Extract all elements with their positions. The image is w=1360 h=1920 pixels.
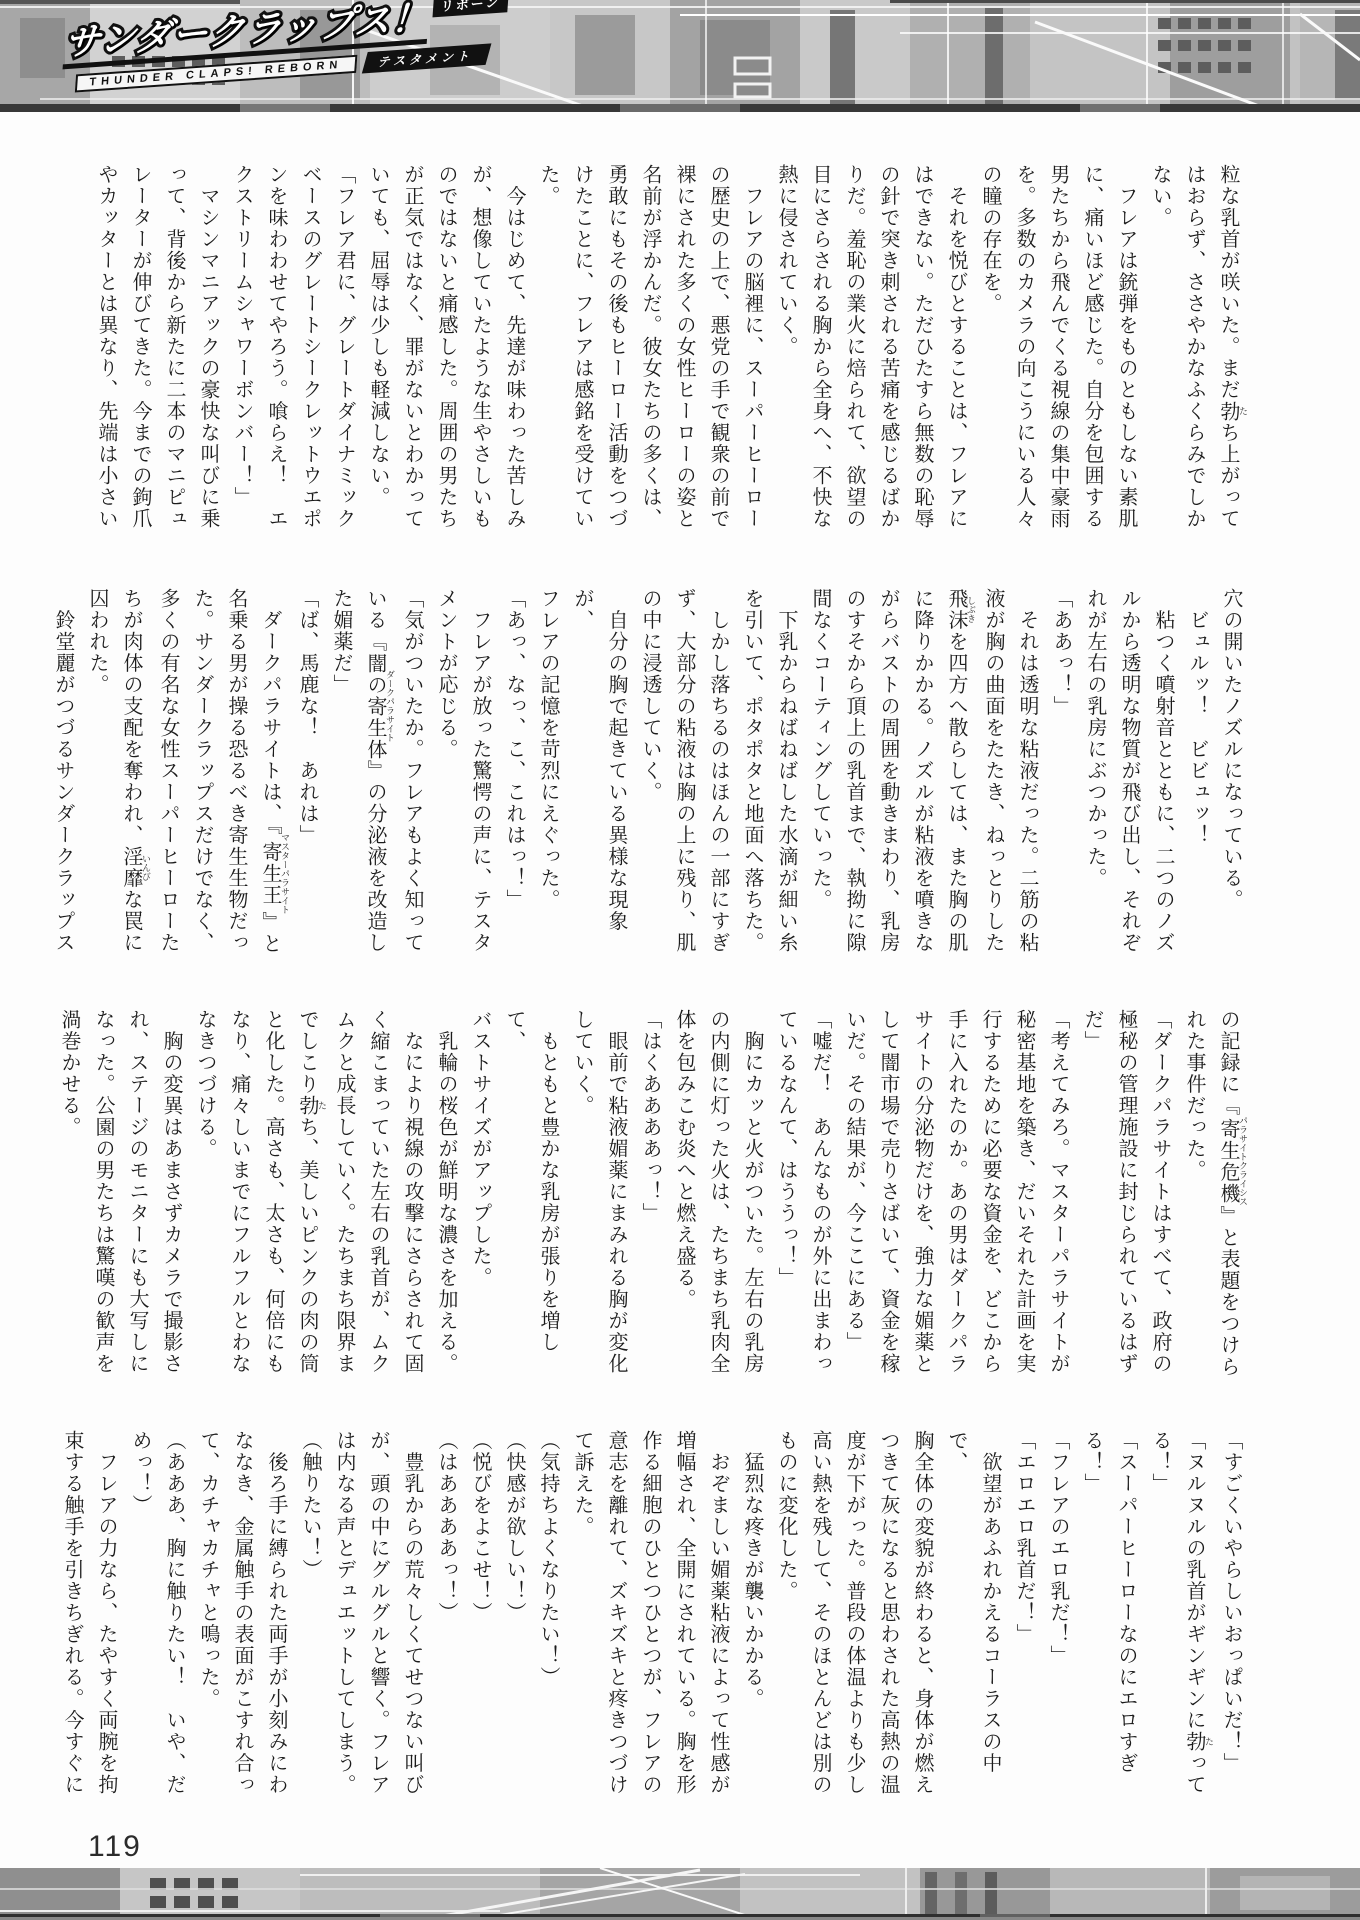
text-column: 間なくコーティングしていった。	[803, 588, 837, 964]
text-column: 「考えてみろ。マスターパラサイトが	[1041, 1009, 1075, 1385]
text-column: た。	[531, 164, 565, 540]
text-column: 「嘘だ！ あんなものが外に出まわっ	[803, 1009, 837, 1385]
text-column: おぞましい媚薬粘液によって性感が	[701, 1430, 735, 1806]
text-column: 増幅され、全開にされている。胸を形	[667, 1430, 701, 1806]
text-column: 裸にされた多くの女性ヒーローの姿と	[667, 164, 701, 540]
text-column: の記録に『寄生危機パラサイトクライシス』と表題をつけら	[1211, 1009, 1248, 1385]
footer-deco-band	[0, 1868, 1360, 1920]
text-column: の瞳の存在を。	[973, 164, 1007, 540]
text-column: それは透明な粘液だった。二筋の粘	[1010, 588, 1044, 964]
text-column: れた事件だった。	[1177, 1009, 1211, 1385]
text-column: めっ！）	[123, 1430, 157, 1806]
text-column: メントが応じる。	[429, 588, 463, 964]
text-column: 胸全体の変貌が終わると、身体が燃え	[905, 1430, 939, 1806]
text-column: なきつづける。	[188, 1009, 222, 1385]
text-column: でしこり勃たち、美しいピンクの肉の筒	[290, 1009, 327, 1385]
text-column: フレアの脳裡に、スーパーヒーロー	[735, 164, 769, 540]
text-column: 体を包みこむ炎へと燃え盛る。	[667, 1009, 701, 1385]
logo-reborn-badge: リボーン	[432, 0, 509, 17]
text-column: と化した。高さも、太さも、何倍にも	[256, 1009, 290, 1385]
text-column: なにより視線の攻撃にさらされて固	[395, 1009, 429, 1385]
text-column: 胸にカッと火がついた。左右の乳房	[735, 1009, 769, 1385]
text-column: 名前が浮かんだ。彼女たちの多くは、	[633, 164, 667, 540]
text-column: 極秘の管理施設に封じられているはず	[1109, 1009, 1143, 1385]
text-column: れが左右の乳房にぶつかった。	[1078, 588, 1112, 964]
text-column: フレアの記憶を苛烈にえぐった。	[531, 588, 565, 964]
text-column: はできない。ただひたすら無数の恥辱	[905, 164, 939, 540]
text-column: ものに変化した。	[769, 1430, 803, 1806]
text-column: る！」	[1075, 1430, 1109, 1806]
text-column: バストサイズがアップした。	[463, 1009, 497, 1385]
text-column: の歴史の上で、悪党の手で観衆の前で	[701, 164, 735, 540]
text-column: 度が下がった。普段の体温よりも少し	[837, 1430, 871, 1806]
text-column: て訴えた。	[565, 1430, 599, 1806]
text-column: つきて灰になると思わされた高熱の温	[871, 1430, 905, 1806]
text-column: のではないと痛感した。周囲の男たち	[429, 164, 463, 540]
text-column: りだ。羞恥の業火に焙られて、欲望の	[837, 164, 871, 540]
text-column: 「ああっ！」	[1044, 588, 1078, 964]
text-column: 「ば、馬鹿な！ あれは」	[290, 588, 324, 964]
text-column: 鈴堂麗がつづるサンダークラップス	[46, 588, 80, 964]
text-column: 眼前で粘液媚薬にまみれる胸が変化	[599, 1009, 633, 1385]
text-column: （あああ、胸に触りたい！ いや、だ	[157, 1430, 191, 1806]
text-column: 「スーパーヒーローなのにエロすぎ	[1109, 1430, 1143, 1806]
text-column: いる『闇の寄生体ダークパラサイト』の分泌液を改造し	[358, 588, 395, 964]
text-column: （はああああっ！）	[429, 1430, 463, 1806]
text-column: 穴の開いたノズルになっている。	[1214, 588, 1248, 964]
text-column: （気持ちよくなりたい！）	[531, 1430, 565, 1806]
text-column: 欲望があふれかえるコーラスの中で、	[939, 1430, 1007, 1806]
text-column: はおらず、ささやかなふくらみでしか	[1177, 164, 1211, 540]
text-column: ンを味わわせてやろう。喰らえ！ エ	[259, 164, 293, 540]
text-column: だ」	[1075, 1009, 1109, 1385]
text-column: 手に入れたのか。あの男はダークパラ	[939, 1009, 973, 1385]
text-column: は内なる声とデュエットしてしまう。	[327, 1430, 361, 1806]
text-column: （悦びをよこせ！）	[463, 1430, 497, 1806]
text-column: 意志を離れて、ズキズキと疼きつづけ	[599, 1430, 633, 1806]
text-column: クストリームシャワーボンバー！」	[225, 164, 259, 540]
text-column: に降りかかる。ノズルが粘液を噴きな	[905, 588, 939, 964]
text-column: 高い熱を残して、そのほとんどは別の	[803, 1430, 837, 1806]
text-column: して闇市場で売りさばいて、資金を稼	[871, 1009, 905, 1385]
text-column: フレアが放った驚愕の声に、テスタ	[463, 588, 497, 964]
text-column: 粒な乳首が咲いた。まだ勃たち上がって	[1211, 164, 1248, 540]
text-column: を引いて、ポタポタと地面へ落ちた。	[735, 588, 769, 964]
text-column: （快感が欲しい！）	[497, 1430, 531, 1806]
text-band-3: の記録に『寄生危機パラサイトクライシス』と表題をつけられた事件だった。「ダークパ…	[52, 1009, 1248, 1385]
text-column: 「気がついたか。フレアもよく知って	[395, 588, 429, 964]
text-column: ない。	[1143, 164, 1177, 540]
text-column: （触りたい！）	[293, 1430, 327, 1806]
text-column: していく。	[565, 1009, 599, 1385]
text-column: 目にさらされる胸から全身へ、不快な	[803, 164, 837, 540]
text-column: 渦巻かせる。	[52, 1009, 86, 1385]
text-column: なった。公園の男たちは驚嘆の歓声を	[86, 1009, 120, 1385]
text-column: 勇敢にもその後もヒーロー活動をつづ	[599, 164, 633, 540]
text-column: 液が胸の曲面をたたき、ねっとりした	[976, 588, 1010, 964]
text-column: ななき、金属触手の表面がこすれ合っ	[225, 1430, 259, 1806]
text-column: ムクと成長していく。たちまち限界ま	[327, 1009, 361, 1385]
text-column: の中に浸透していく。	[633, 588, 667, 964]
text-column: ルから透明な物質が飛び出し、それぞ	[1112, 588, 1146, 964]
text-column: 胸の変異はあまさずカメラで撮影さ	[154, 1009, 188, 1385]
text-column: の針で突き刺される苦痛を感じるばか	[871, 164, 905, 540]
text-column: 男たちから飛んでくる視線の集中豪雨	[1041, 164, 1075, 540]
text-column: を。多数のカメラの向こうにいる人々	[1007, 164, 1041, 540]
text-column: 乳輪の桜色が鮮明な濃さを加える。	[429, 1009, 463, 1385]
text-column: がらバストの周囲を動きまわり、乳房	[871, 588, 905, 964]
text-column: 猛烈な疼きが襲いかかる。	[735, 1430, 769, 1806]
text-column: 作る細胞のひとつひとつが、フレアの	[633, 1430, 667, 1806]
text-column: が、想像していたような生やさしいも	[463, 164, 497, 540]
text-column: フレアは銃弾をものともしない素肌	[1109, 164, 1143, 540]
text-column: 熱に侵されていく。	[769, 164, 803, 540]
text-column: なり、痛々しいまでにフルフルとわな	[222, 1009, 256, 1385]
text-column: 粘つく噴射音とともに、二つのノズ	[1146, 588, 1180, 964]
text-column: ベースのグレートシークレットウエポ	[293, 164, 327, 540]
text-column: レーターが伸びてきた。今までの鉤爪	[123, 164, 157, 540]
text-column: 多くの有名な女性スーパーヒーローた	[151, 588, 185, 964]
text-band-1: 粒な乳首が咲いた。まだ勃たち上がってはおらず、ささやかなふくらみでしかない。 フ…	[89, 164, 1248, 540]
text-column: 今はじめて、先達が味わった苦しみ	[497, 164, 531, 540]
text-column: フレアの力なら、たやすく両腕を拘	[89, 1430, 123, 1806]
text-column: もともと豊かな乳房が張りを増して、	[497, 1009, 565, 1385]
text-column: 後ろ手に縛られた両手が小刻みにわ	[259, 1430, 293, 1806]
text-column: 自分の胸で起きている異様な現象が、	[565, 588, 633, 964]
text-column: 束する触手を引きちぎれる。今すぐに	[55, 1430, 89, 1806]
text-column: 「すごくいやらしいおっぱいだ！」	[1214, 1430, 1248, 1806]
text-column: サイトの分泌物だけを、強力な媚薬と	[905, 1009, 939, 1385]
text-column: 「フレア君に、グレートダイナミック	[327, 164, 361, 540]
text-column: 飛沫しぶきを四方へ散らしては、また胸の肌	[939, 588, 976, 964]
text-column: ダークパラサイトは、『寄生王マスターパラサイト』と	[253, 588, 290, 964]
text-column: って、背後から新たに二本のマニピュ	[157, 164, 191, 540]
text-column: に、痛いほど感じた。自分を包囲する	[1075, 164, 1109, 540]
text-column: 囚われた。	[80, 588, 114, 964]
text-column: 「あっ、なっ、こ、これはっ！」	[497, 588, 531, 964]
text-column: けたことに、フレアは感銘を受けてい	[565, 164, 599, 540]
text-column: ビュルッ！ ビビュッ！	[1180, 588, 1214, 964]
text-column: た。サンダークラップスだけでなく、	[185, 588, 219, 964]
text-column: が正気ではなく、罪がないとわかって	[395, 164, 429, 540]
text-column: 「エロエロ乳首だ！」	[1007, 1430, 1041, 1806]
text-column: 下乳からねばねばした水滴が細い糸	[769, 588, 803, 964]
text-column: 行するために必要な資金を、どこから	[973, 1009, 1007, 1385]
text-band-4: 「すごくいやらしいおっぱいだ！」「ヌルヌルの乳首がギンギンに勃たってる！」「スー…	[55, 1430, 1248, 1806]
text-column: 「ダークパラサイトはすべて、政府の	[1143, 1009, 1177, 1385]
text-column: ず、大部分の粘液は胸の上に残り、肌	[667, 588, 701, 964]
text-column: る！」	[1143, 1430, 1177, 1806]
text-column: た媚薬だ」	[324, 588, 358, 964]
text-column: て、カチャカチャと鳴った。	[191, 1430, 225, 1806]
text-column: それを悦びとすることは、フレアに	[939, 164, 973, 540]
text-column: 名乗る男が操る恐るべき寄生生物だっ	[219, 588, 253, 964]
text-column: 豊乳からの荒々しくてせつない叫び	[395, 1430, 429, 1806]
text-column: く縮こまっていた左右の乳首が、ムク	[361, 1009, 395, 1385]
text-column: いても、屈辱は少しも軽減しない。	[361, 164, 395, 540]
text-column: の内側に灯った火は、たちまち乳肉全	[701, 1009, 735, 1385]
text-column: ているなんて、はううっ！」	[769, 1009, 803, 1385]
text-column: マシンマニアックの豪快な叫びに乗	[191, 164, 225, 540]
text-column: ちが肉体の支配を奪われ、淫靡いんびな罠に	[114, 588, 151, 964]
text-column: 「はくああああっ！」	[633, 1009, 667, 1385]
page-number: 119	[88, 1830, 142, 1864]
text-column: 秘密基地を築き、だいそれた計画を実	[1007, 1009, 1041, 1385]
text-column: のすそから頂上の乳首まで、執拗に隙	[837, 588, 871, 964]
text-column: やカッターとは異なり、先端は小さい	[89, 164, 123, 540]
text-band-2: 穴の開いたノズルになっている。 ビュルッ！ ビビュッ！ 粘つく噴射音とともに、二…	[46, 588, 1248, 964]
text-column: が、頭の中にグルグルと響く。フレア	[361, 1430, 395, 1806]
text-column: いだ。その結果が、今ここにある」	[837, 1009, 871, 1385]
text-column: 「フレアのエロ乳だ！」	[1041, 1430, 1075, 1806]
text-column: しかし落ちるのはほんの一部にすぎ	[701, 588, 735, 964]
text-column: れ、ステージのモニターにも大写しに	[120, 1009, 154, 1385]
text-column: 「ヌルヌルの乳首がギンギンに勃たって	[1177, 1430, 1214, 1806]
